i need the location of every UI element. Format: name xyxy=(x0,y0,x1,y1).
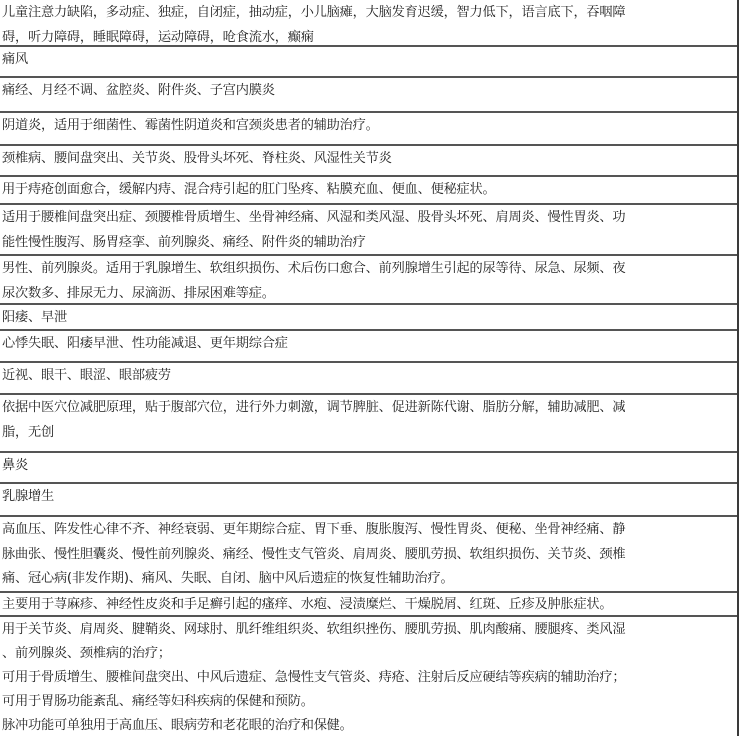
table-row: 依据中医穴位减肥原理，贴于腹部穴位，进行外力刺激，调节脾脏、促进新陈代谢、脂肪分… xyxy=(0,395,737,453)
cell-text: 适用于腰椎间盘突出症、颈腰椎骨质增生、坐骨神经痛、风湿和类风湿、股骨头坏死、肩周… xyxy=(2,206,735,231)
cell-text: 高血压、阵发性心律不齐、神经衰弱、更年期综合症、胃下垂、腹胀腹泻、慢性胃炎、便秘… xyxy=(2,518,735,543)
cell-text: 阳痿、早泄 xyxy=(2,306,735,331)
cell-text: 痛、冠心病(非发作期)、痛风、失眠、自闭、脑中风后遗症的恢复性辅助治疗。 xyxy=(2,567,735,592)
table-row: 痛经、月经不调、盆腔炎、附件炎、子宫内膜炎 xyxy=(0,78,737,113)
cell-text: 近视、眼干、眼涩、眼部疲劳 xyxy=(2,364,735,389)
table-row: 阴道炎，适用于细菌性、霉菌性阴道炎和宫颈炎患者的辅助治疗。 xyxy=(0,113,737,146)
cell-text: 能性慢性腹泻、肠胃痉挛、前列腺炎、痛经、附件炎的辅助治疗 xyxy=(2,231,735,256)
cell-text: 脂，无创 xyxy=(2,421,735,446)
table-row: 用于关节炎、肩周炎、腱鞘炎、网球肘、肌纤维组织炎、软组织挫伤、腰肌劳损、肌肉酸痛… xyxy=(0,617,737,736)
cell-text: 阴道炎，适用于细菌性、霉菌性阴道炎和宫颈炎患者的辅助治疗。 xyxy=(2,114,735,139)
table-row: 鼻炎 xyxy=(0,453,737,484)
cell-text: 心悸失眠、阳痿早泄、性功能减退、更年期综合症 xyxy=(2,332,735,357)
cell-text: 儿童注意力缺陷，多动症、独症，自闭症，抽动症，小儿脑瘫，大脑发育迟缓，智力低下，… xyxy=(2,1,735,26)
table-row: 高血压、阵发性心律不齐、神经衰弱、更年期综合症、胃下垂、腹胀腹泻、慢性胃炎、便秘… xyxy=(0,517,737,593)
cell-text: 乳腺增生 xyxy=(2,485,735,510)
table-row: 男性、前列腺炎。适用于乳腺增生、软组织损伤、术后伤口愈合、前列腺增生引起的尿等待… xyxy=(0,256,737,305)
cell-text: 用于痔疮创面愈合，缓解内痔、混合痔引起的肛门坠疼、粘膜充血、便血、便秘症状。 xyxy=(2,178,735,203)
cell-text: 痛风 xyxy=(2,48,735,73)
table-row: 痛风 xyxy=(0,47,737,78)
table-row: 颈椎病、腰间盘突出、关节炎、股骨头坏死、脊柱炎、风湿性关节炎 xyxy=(0,146,737,177)
cell-text: 可用于骨质增生、腰椎间盘突出、中风后遗症、急慢性支气管炎、痔疮、注射后反应硬结等… xyxy=(2,666,735,690)
table-row: 主要用于荨麻疹、神经性皮炎和手足癣引起的瘙痒、水疱、浸渍糜烂、干燥脱屑、红斑、丘… xyxy=(0,593,737,617)
table-row: 乳腺增生 xyxy=(0,484,737,517)
cell-text: 颈椎病、腰间盘突出、关节炎、股骨头坏死、脊柱炎、风湿性关节炎 xyxy=(2,147,735,172)
cell-text: 碍，听力障碍，睡眠障碍，运动障碍，呛食流水，癫痫 xyxy=(2,26,735,48)
cell-text: 可用于胃肠功能紊乱、痛经等妇科疾病的保健和预防。 xyxy=(2,690,735,714)
table-row: 适用于腰椎间盘突出症、颈腰椎骨质增生、坐骨神经痛、风湿和类风湿、股骨头坏死、肩周… xyxy=(0,205,737,256)
cell-text: 脉曲张、慢性胆囊炎、慢性前列腺炎、痛经、慢性支气管炎、肩周炎、腰肌劳损、软组织损… xyxy=(2,543,735,568)
cell-text: 主要用于荨麻疹、神经性皮炎和手足癣引起的瘙痒、水疱、浸渍糜烂、干燥脱屑、红斑、丘… xyxy=(2,594,735,616)
table-row: 阳痿、早泄 xyxy=(0,305,737,331)
indications-table: 儿童注意力缺陷，多动症、独症，自闭症，抽动症，小儿脑瘫，大脑发育迟缓，智力低下，… xyxy=(0,0,739,736)
table-row: 用于痔疮创面愈合，缓解内痔、混合痔引起的肛门坠疼、粘膜充血、便血、便秘症状。 xyxy=(0,177,737,205)
cell-text: 用于关节炎、肩周炎、腱鞘炎、网球肘、肌纤维组织炎、软组织挫伤、腰肌劳损、肌肉酸痛… xyxy=(2,618,735,642)
cell-text: 鼻炎 xyxy=(2,454,735,479)
table-row: 儿童注意力缺陷，多动症、独症，自闭症，抽动症，小儿脑瘫，大脑发育迟缓，智力低下，… xyxy=(0,0,737,47)
cell-text: 脉冲功能可单独用于高血压、眼病劳和老花眼的治疗和保健。 xyxy=(2,714,735,736)
cell-text: 男性、前列腺炎。适用于乳腺增生、软组织损伤、术后伤口愈合、前列腺增生引起的尿等待… xyxy=(2,257,735,282)
cell-text: 依据中医穴位减肥原理，贴于腹部穴位，进行外力刺激，调节脾脏、促进新陈代谢、脂肪分… xyxy=(2,396,735,421)
cell-text: 、前列腺炎、颈椎病的治疗； xyxy=(2,642,735,666)
cell-text: 痛经、月经不调、盆腔炎、附件炎、子宫内膜炎 xyxy=(2,79,735,104)
table-row: 近视、眼干、眼涩、眼部疲劳 xyxy=(0,363,737,395)
table-row: 心悸失眠、阳痿早泄、性功能减退、更年期综合症 xyxy=(0,331,737,363)
cell-text: 尿次数多、排尿无力、尿滴沥、排尿困难等症。 xyxy=(2,282,735,306)
